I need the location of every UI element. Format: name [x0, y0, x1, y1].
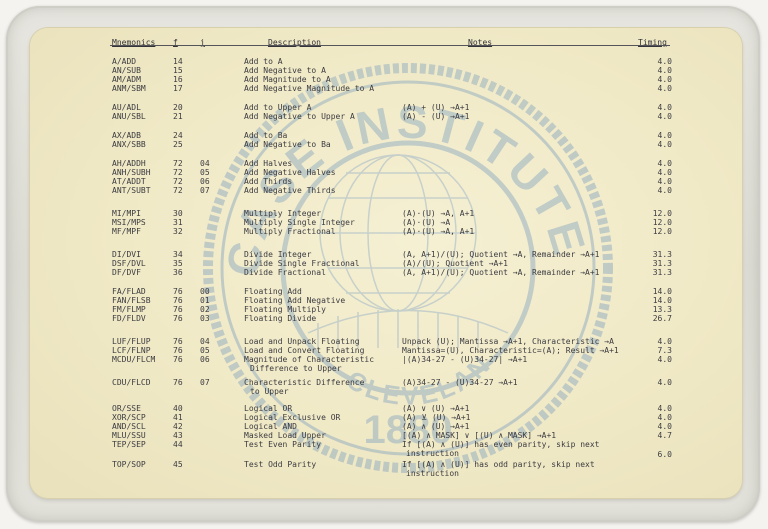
f-code-cell: 36	[173, 268, 183, 278]
mnemonic-cell: ANU/SBL	[112, 112, 146, 122]
f-code-cell: 45	[173, 460, 183, 470]
description-cell: Multiply Fractional	[244, 227, 336, 237]
header-rule	[110, 45, 670, 46]
description-cell: Floating Divide	[244, 314, 316, 324]
timing-cell: 4.0	[642, 140, 672, 150]
f-code-cell: 44	[173, 440, 183, 450]
notes-cell: (A)34-27 - (U)34-27 →A+1	[402, 378, 518, 388]
description-cell: Add Negative to Ba	[244, 140, 331, 150]
header-mnemonics: Mnemonics	[112, 38, 155, 48]
description-cell: Test Odd Parity	[244, 460, 316, 470]
j-code-cell: 07	[200, 186, 210, 196]
description-cell: Add Negative Magnitude to A	[244, 84, 374, 94]
header-j: j	[200, 38, 205, 48]
timing-cell: 4.0	[642, 112, 672, 122]
timing-cell: 26.7	[642, 314, 672, 324]
f-code-cell: 76	[173, 355, 183, 365]
mnemonic-cell: MF/MPF	[112, 227, 141, 237]
f-code-cell: 76	[173, 314, 183, 324]
mnemonic-cell: ANT/SUBT	[112, 186, 151, 196]
timing-cell: 4.0	[642, 186, 672, 196]
f-code-cell: 32	[173, 227, 183, 237]
description-cell: Test Even Parity	[244, 440, 321, 450]
f-code-cell: 21	[173, 112, 183, 122]
j-code-cell: 03	[200, 314, 210, 324]
mnemonic-cell: ANX/SBB	[112, 140, 146, 150]
mnemonic-cell: CDU/FLCD	[112, 378, 151, 388]
description-cell-continued: Difference to Upper	[250, 364, 342, 374]
timing-cell: 12.0	[642, 227, 672, 237]
f-code-cell: 76	[173, 378, 183, 388]
notes-cell: (A, A+1)/(U); Quotient →A, Remainder →A+…	[402, 268, 599, 278]
mnemonic-cell: DF/DVF	[112, 268, 141, 278]
f-code-cell: 25	[173, 140, 183, 150]
timing-cell: 4.0	[642, 84, 672, 94]
mnemonic-cell: FD/FLDV	[112, 314, 146, 324]
mnemonic-cell: TOP/SOP	[112, 460, 146, 470]
timing-cell: 4.0	[642, 378, 672, 388]
notes-cell-continued: instruction	[406, 469, 459, 479]
f-code-cell: 72	[173, 186, 183, 196]
notes-cell: (A)·(U) →A, A+1	[402, 227, 474, 237]
description-cell: Divide Fractional	[244, 268, 326, 278]
header-timing: Timing	[638, 38, 667, 48]
timing-cell: 4.7	[642, 431, 672, 441]
instruction-reference-card: CASE INSTITUTE OF TECHNOLOGY CLEVELAND 1…	[30, 28, 742, 498]
mnemonic-cell: ANM/SBM	[112, 84, 146, 94]
description-cell: Add Negative to Upper A	[244, 112, 355, 122]
header-f: f	[173, 38, 178, 48]
f-code-cell: 17	[173, 84, 183, 94]
j-code-cell: 06	[200, 355, 210, 365]
header-notes: Notes	[468, 38, 492, 48]
description-cell-continued: to Upper	[250, 387, 289, 397]
timing-cell: 4.0	[642, 355, 672, 365]
header-description: Description	[268, 38, 321, 48]
notes-cell-continued: instruction	[406, 449, 459, 459]
description-cell: Add Negative Thirds	[244, 186, 336, 196]
timing-cell: 31.3	[642, 268, 672, 278]
j-code-cell: 07	[200, 378, 210, 388]
notes-cell: |(A)34-27 - (U)34-27| →A+1	[402, 355, 527, 365]
mnemonic-cell: MCDU/FLCM	[112, 355, 155, 365]
mnemonic-cell: TEP/SEP	[112, 440, 146, 450]
timing-cell: 6.0	[642, 450, 672, 460]
notes-cell: (A) - (U) →A+1	[402, 112, 469, 122]
